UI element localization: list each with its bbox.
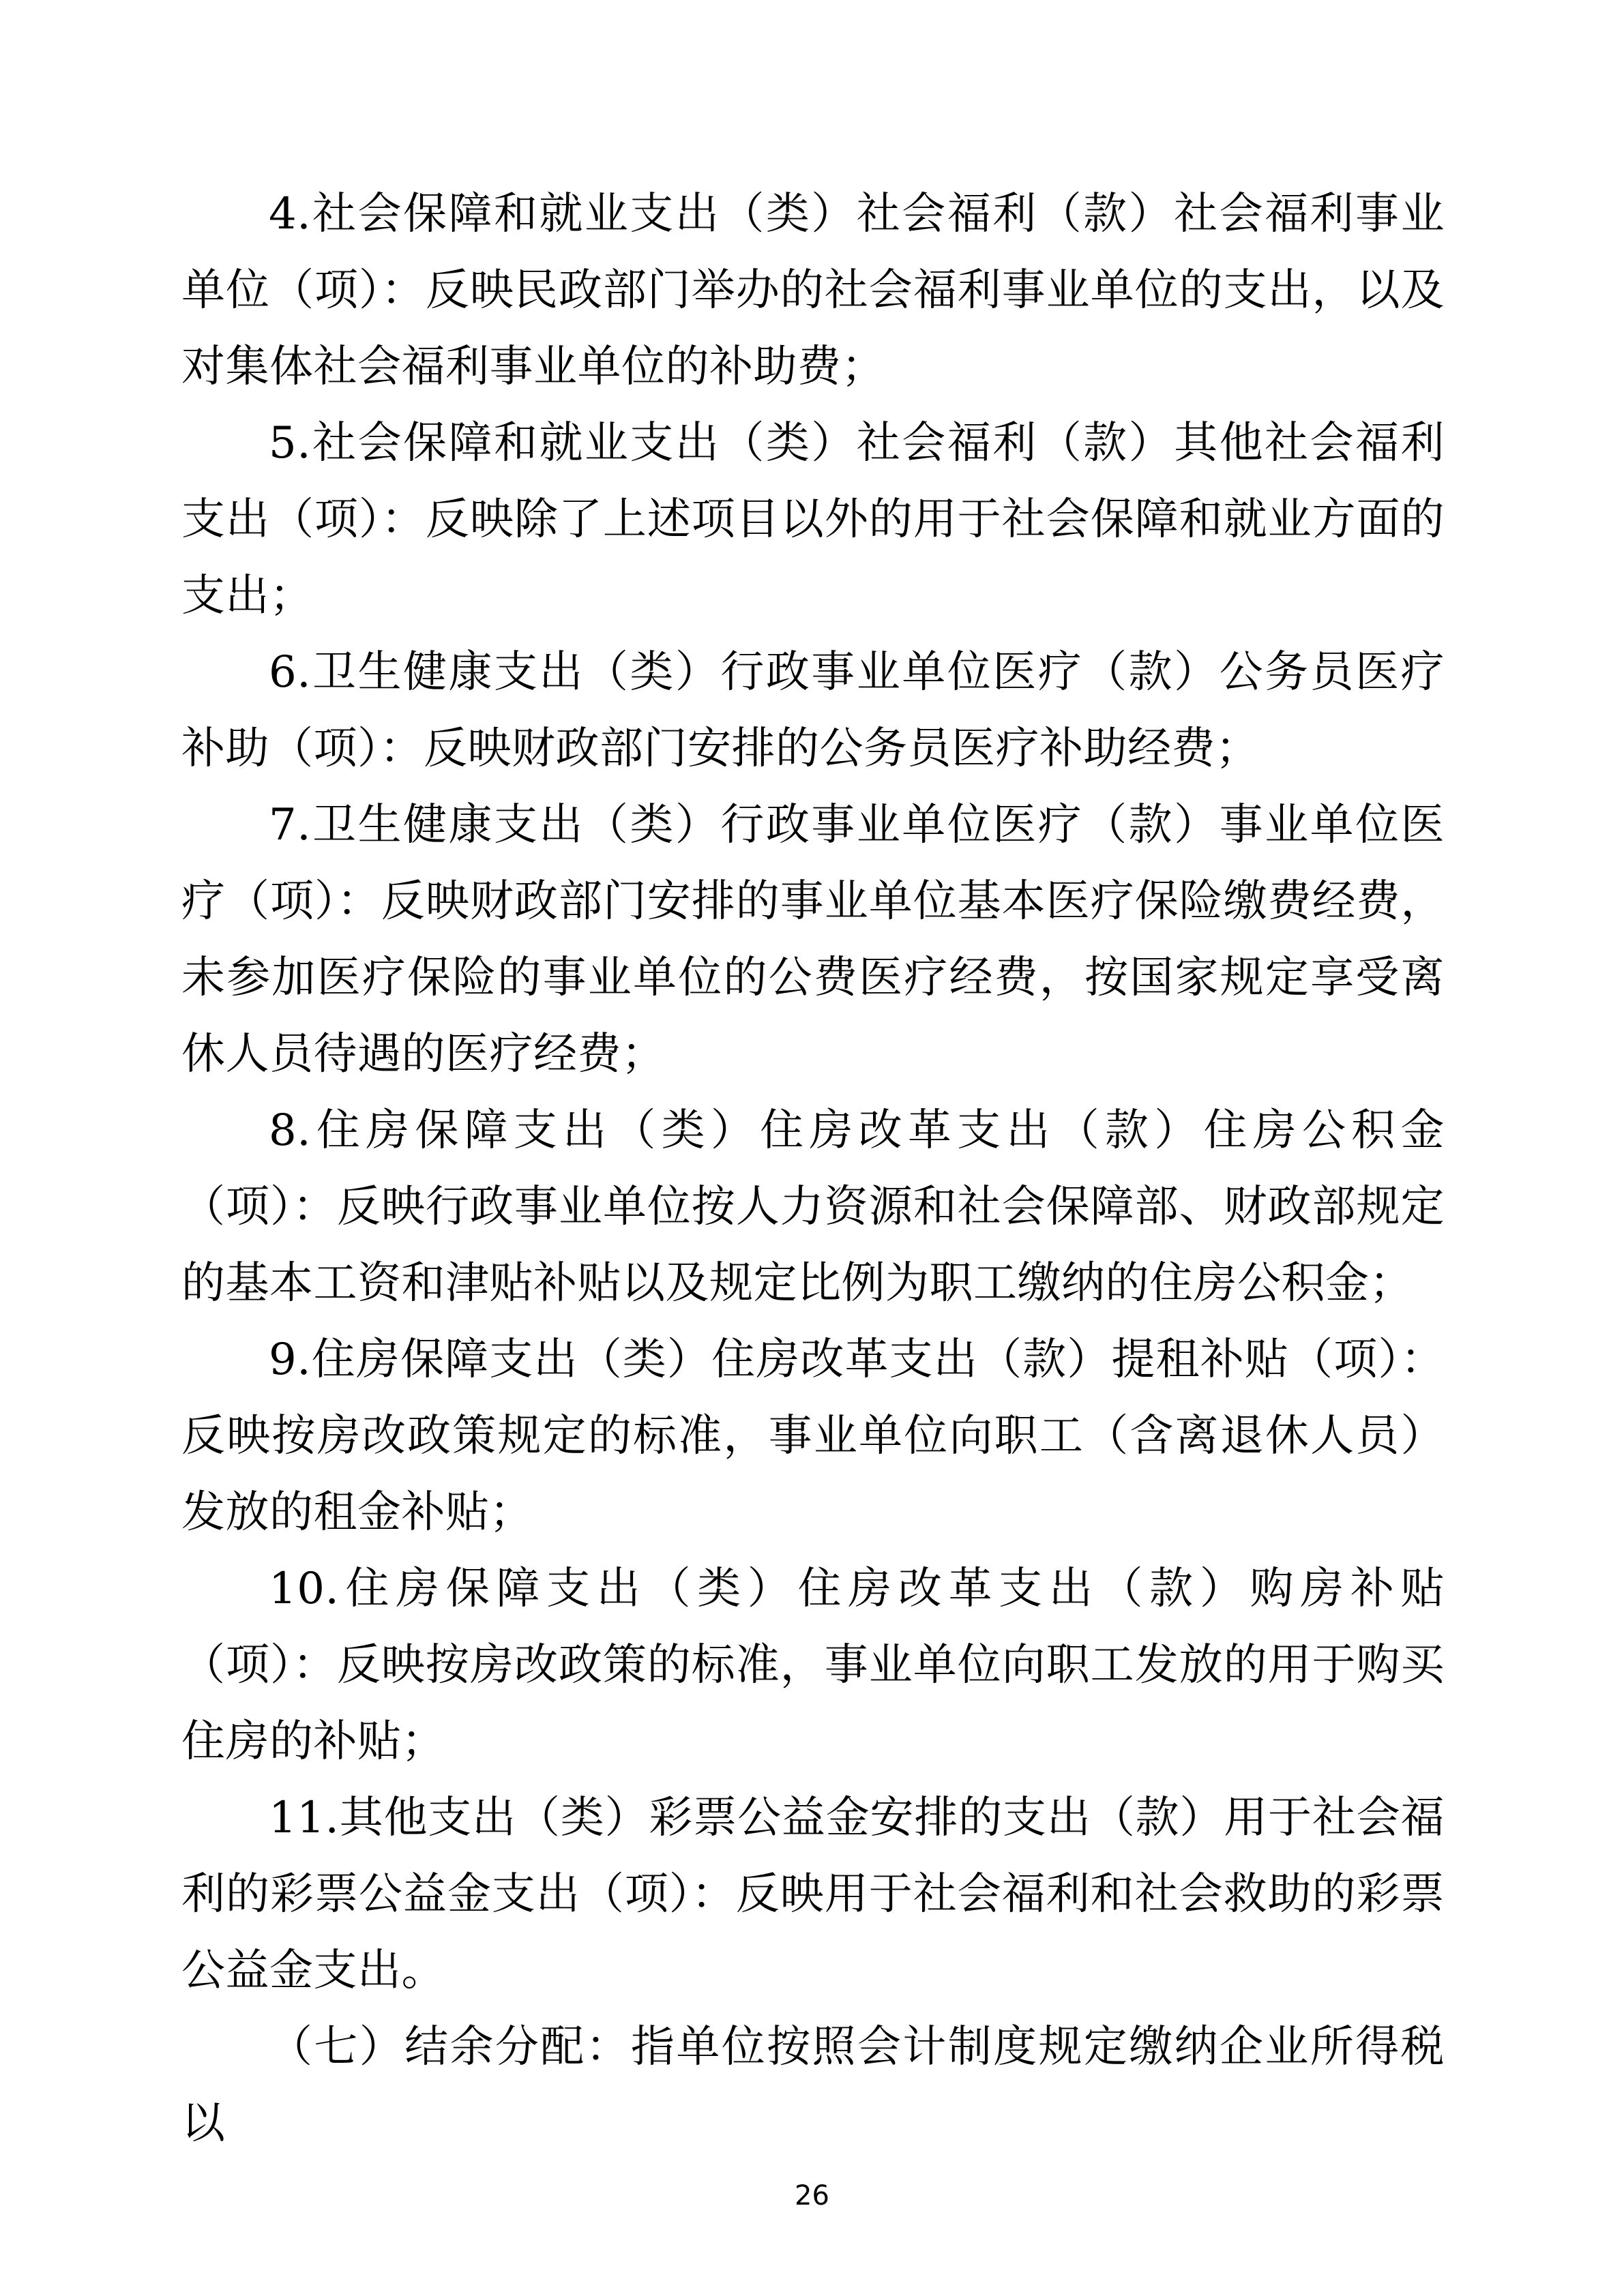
paragraph-item-8: 8.住房保障支出（类）住房改革支出（款）住房公积金（项）：反映行政事业单位按人力… [181,1092,1445,1322]
paragraph-item-6: 6.卫生健康支出（类）行政事业单位医疗（款）公务员医疗补助（项）：反映财政部门安… [181,634,1445,787]
page-number: 26 [0,2181,1624,2211]
paragraph-item-11: 11.其他支出（类）彩票公益金安排的支出（款）用于社会福利的彩票公益金支出（项）… [181,1780,1445,2009]
document-body: 4.社会保障和就业支出（类）社会福利（款）社会福利事业单位（项）：反映民政部门举… [181,176,1445,2162]
document-page: 4.社会保障和就业支出（类）社会福利（款）社会福利事业单位（项）：反映民政部门举… [0,0,1624,2296]
paragraph-item-9: 9.住房保障支出（类）住房改革支出（款）提租补贴（项）：反映按房改政策规定的标准… [181,1322,1445,1551]
paragraph-item-qi: （七）结余分配：指单位按照会计制度规定缴纳企业所得税以 [181,2009,1445,2162]
paragraph-item-4: 4.社会保障和就业支出（类）社会福利（款）社会福利事业单位（项）：反映民政部门举… [181,176,1445,405]
paragraph-item-7: 7.卫生健康支出（类）行政事业单位医疗（款）事业单位医疗（项）：反映财政部门安排… [181,787,1445,1092]
paragraph-item-10: 10.住房保障支出（类）住房改革支出（款）购房补贴（项）：反映按房改政策的标准，… [181,1551,1445,1780]
paragraph-item-5: 5.社会保障和就业支出（类）社会福利（款）其他社会福利支出（项）：反映除了上述项… [181,405,1445,634]
